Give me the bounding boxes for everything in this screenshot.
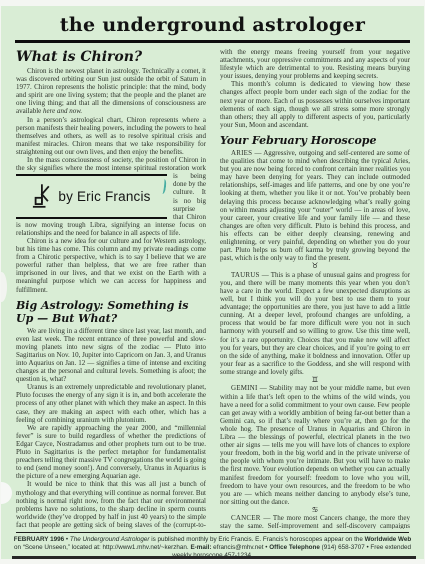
footer-email-value: efrancis@mhv.net • xyxy=(211,544,269,551)
scan-edge-shadow xyxy=(12,556,416,559)
horoscope-aries: ARIES — Aggressive, outgoing and self-ce… xyxy=(220,149,410,262)
horoscope-text: — Stability may not be your middle name,… xyxy=(220,384,410,505)
section-heading-horoscope: Your February Horoscope xyxy=(220,134,410,147)
chiron-icon xyxy=(32,182,50,210)
byline-box: by Eric Francis xyxy=(16,174,167,219)
footer-date: FEBRUARY 1996 xyxy=(14,536,64,543)
horoscope-cancer: CANCER — The more most Cancers change, t… xyxy=(220,514,410,529)
footer-email-label: E-mail: xyxy=(190,544,211,551)
paragraph-big-astrology-4: It would be nice to think that this was … xyxy=(16,480,206,529)
masthead: the underground astrologer xyxy=(1,6,424,43)
pen-mark xyxy=(159,179,167,195)
gemini-icon: ♊ xyxy=(220,376,410,385)
cancer-icon: ♋ xyxy=(220,506,410,515)
paragraph-big-astrology-2: Uranus is an extremely unpredictable and… xyxy=(16,383,206,423)
paragraph-text: In the mass consciousness of society, th… xyxy=(16,156,206,172)
newsletter-page: the underground astrologer What is Chiro… xyxy=(1,6,424,559)
section-heading-what-is-chiron: What is Chiron? xyxy=(16,49,206,65)
footer-rule xyxy=(16,532,409,533)
footer: FEBRUARY 1996 • The Underground Astrolog… xyxy=(1,532,424,559)
horoscope-text: — Aggressive, outgoing and self-centered… xyxy=(220,149,410,262)
paragraph-continuation-1: with the energy means freeing yourself f… xyxy=(220,48,410,80)
page-title: the underground astrologer xyxy=(1,13,424,37)
horoscope-text: — This is a phase of unusual gains and p… xyxy=(220,271,410,376)
section-heading-big-astrology: Big Astrology: Something is Up — But Wha… xyxy=(16,299,206,325)
sign-name-gemini: GEMINI xyxy=(231,384,257,392)
scan-edge-blemish xyxy=(1,272,7,302)
sign-name-cancer: CANCER xyxy=(231,514,261,522)
sign-name-taurus: TAURUS xyxy=(231,271,260,279)
footer-publication-name: The Underground Astrologer xyxy=(70,536,150,543)
footer-segment: is published monthly by Eric Francis. E.… xyxy=(149,536,364,543)
title-rule xyxy=(15,40,410,43)
paragraph-big-astrology-3: We are rapidly approaching the year 2000… xyxy=(16,424,206,481)
right-column: with the energy means freeing yourself f… xyxy=(220,48,410,529)
emphasized-phrase: here and now. xyxy=(43,107,82,115)
taurus-icon: ♉ xyxy=(220,262,410,271)
paragraph-chiron-intro: Chiron is the newest planet in astrology… xyxy=(16,67,206,116)
paragraph-chiron-chart: In a person’s astrological chart, Chiron… xyxy=(16,116,206,156)
byline-label: by Eric Francis xyxy=(58,189,150,204)
paragraph-chiron-culture: In the mass consciousness of society, th… xyxy=(16,156,206,237)
footer-worldwide-web: Worldwide Web xyxy=(365,536,412,543)
paragraph-big-astrology-1: We are living in a different time since … xyxy=(16,327,206,384)
footer-phone-label: Office Telephone xyxy=(269,544,320,551)
paragraph-continuation-2: This month’s column is dedicated to view… xyxy=(220,80,410,129)
horoscope-taurus: TAURUS — This is a phase of unusual gain… xyxy=(220,271,410,376)
article-body: What is Chiron? Chiron is the newest pla… xyxy=(16,48,410,529)
left-column: What is Chiron? Chiron is the newest pla… xyxy=(16,48,206,529)
footer-segment: on “Scene Unseen,” located at: http://ww… xyxy=(14,544,190,551)
hole-punch xyxy=(1,482,12,504)
paragraph-chirotic-perspective: Chiron is a new idea for our culture and… xyxy=(16,237,206,294)
horoscope-gemini: GEMINI — Stability may not be your middl… xyxy=(220,384,410,505)
sign-name-aries: ARIES xyxy=(231,149,252,157)
